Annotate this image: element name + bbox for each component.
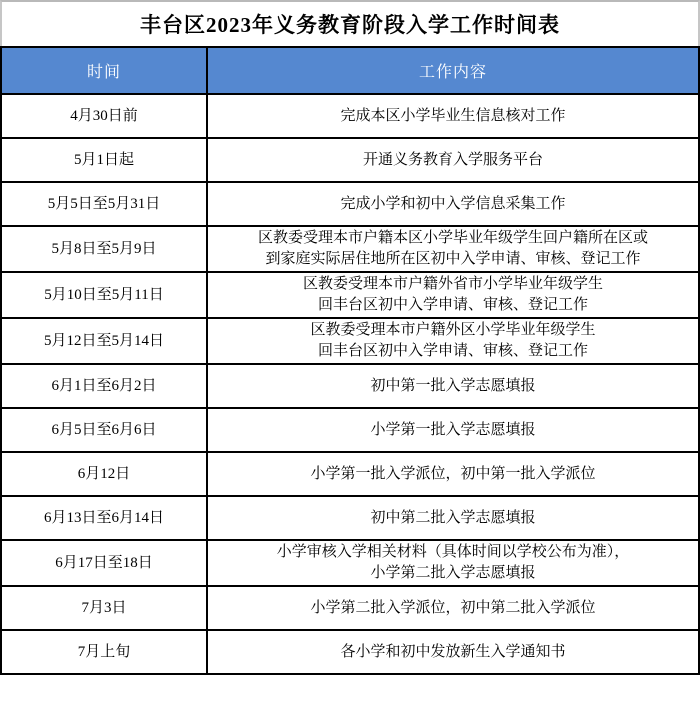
content-cell: 初中第一批入学志愿填报	[207, 364, 699, 408]
table-row: 7月上旬 各小学和初中发放新生入学通知书	[1, 630, 699, 674]
time-cell: 5月1日起	[1, 138, 207, 182]
table-row: 7月3日 小学第二批入学派位，初中第二批入学派位	[1, 586, 699, 630]
time-cell: 5月10日至5月11日	[1, 272, 207, 318]
content-cell: 区教委受理本市户籍外区小学毕业年级学生 回丰台区初中入学申请、审核、登记工作	[207, 318, 699, 364]
time-cell: 7月3日	[1, 586, 207, 630]
content-cell: 完成本区小学毕业生信息核对工作	[207, 94, 699, 138]
time-cell: 5月5日至5月31日	[1, 182, 207, 226]
table-row: 6月12日 小学第一批入学派位，初中第一批入学派位	[1, 452, 699, 496]
content-cell: 区教委受理本市户籍本区小学毕业年级学生回户籍所在区或 到家庭实际居住地所在区初中…	[207, 226, 699, 272]
table-row: 6月1日至6月2日 初中第一批入学志愿填报	[1, 364, 699, 408]
time-cell: 5月12日至5月14日	[1, 318, 207, 364]
content-cell: 开通义务教育入学服务平台	[207, 138, 699, 182]
table-row: 5月1日起 开通义务教育入学服务平台	[1, 138, 699, 182]
table-row: 6月17日至18日 小学审核入学相关材料（具体时间以学校公布为准）， 小学第二批…	[1, 540, 699, 586]
table-row: 5月12日至5月14日 区教委受理本市户籍外区小学毕业年级学生 回丰台区初中入学…	[1, 318, 699, 364]
header-cell-content: 工作内容	[207, 47, 699, 94]
page-title: 丰台区2023年义务教育阶段入学工作时间表	[0, 0, 700, 46]
time-cell: 6月5日至6月6日	[1, 408, 207, 452]
time-cell: 6月13日至6月14日	[1, 496, 207, 540]
header-row: 时间 工作内容	[1, 47, 699, 94]
table-row: 5月8日至5月9日 区教委受理本市户籍本区小学毕业年级学生回户籍所在区或 到家庭…	[1, 226, 699, 272]
table-row: 6月5日至6月6日 小学第一批入学志愿填报	[1, 408, 699, 452]
time-cell: 7月上旬	[1, 630, 207, 674]
content-cell: 小学审核入学相关材料（具体时间以学校公布为准）， 小学第二批入学志愿填报	[207, 540, 699, 586]
content-cell: 各小学和初中发放新生入学通知书	[207, 630, 699, 674]
content-cell: 小学第二批入学派位，初中第二批入学派位	[207, 586, 699, 630]
table-row: 5月5日至5月31日 完成小学和初中入学信息采集工作	[1, 182, 699, 226]
content-cell: 完成小学和初中入学信息采集工作	[207, 182, 699, 226]
table-row: 5月10日至5月11日 区教委受理本市户籍外省市小学毕业年级学生 回丰台区初中入…	[1, 272, 699, 318]
time-cell: 6月17日至18日	[1, 540, 207, 586]
schedule-page: 丰台区2023年义务教育阶段入学工作时间表 时间 工作内容 4月30日前 完成本…	[0, 0, 700, 722]
time-cell: 4月30日前	[1, 94, 207, 138]
time-cell: 6月12日	[1, 452, 207, 496]
time-cell: 6月1日至6月2日	[1, 364, 207, 408]
time-cell: 5月8日至5月9日	[1, 226, 207, 272]
schedule-table: 时间 工作内容 4月30日前 完成本区小学毕业生信息核对工作 5月1日起 开通义…	[0, 46, 700, 675]
header-cell-time: 时间	[1, 47, 207, 94]
content-cell: 小学第一批入学志愿填报	[207, 408, 699, 452]
table-row: 4月30日前 完成本区小学毕业生信息核对工作	[1, 94, 699, 138]
content-cell: 区教委受理本市户籍外省市小学毕业年级学生 回丰台区初中入学申请、审核、登记工作	[207, 272, 699, 318]
content-cell: 初中第二批入学志愿填报	[207, 496, 699, 540]
content-cell: 小学第一批入学派位，初中第一批入学派位	[207, 452, 699, 496]
table-row: 6月13日至6月14日 初中第二批入学志愿填报	[1, 496, 699, 540]
